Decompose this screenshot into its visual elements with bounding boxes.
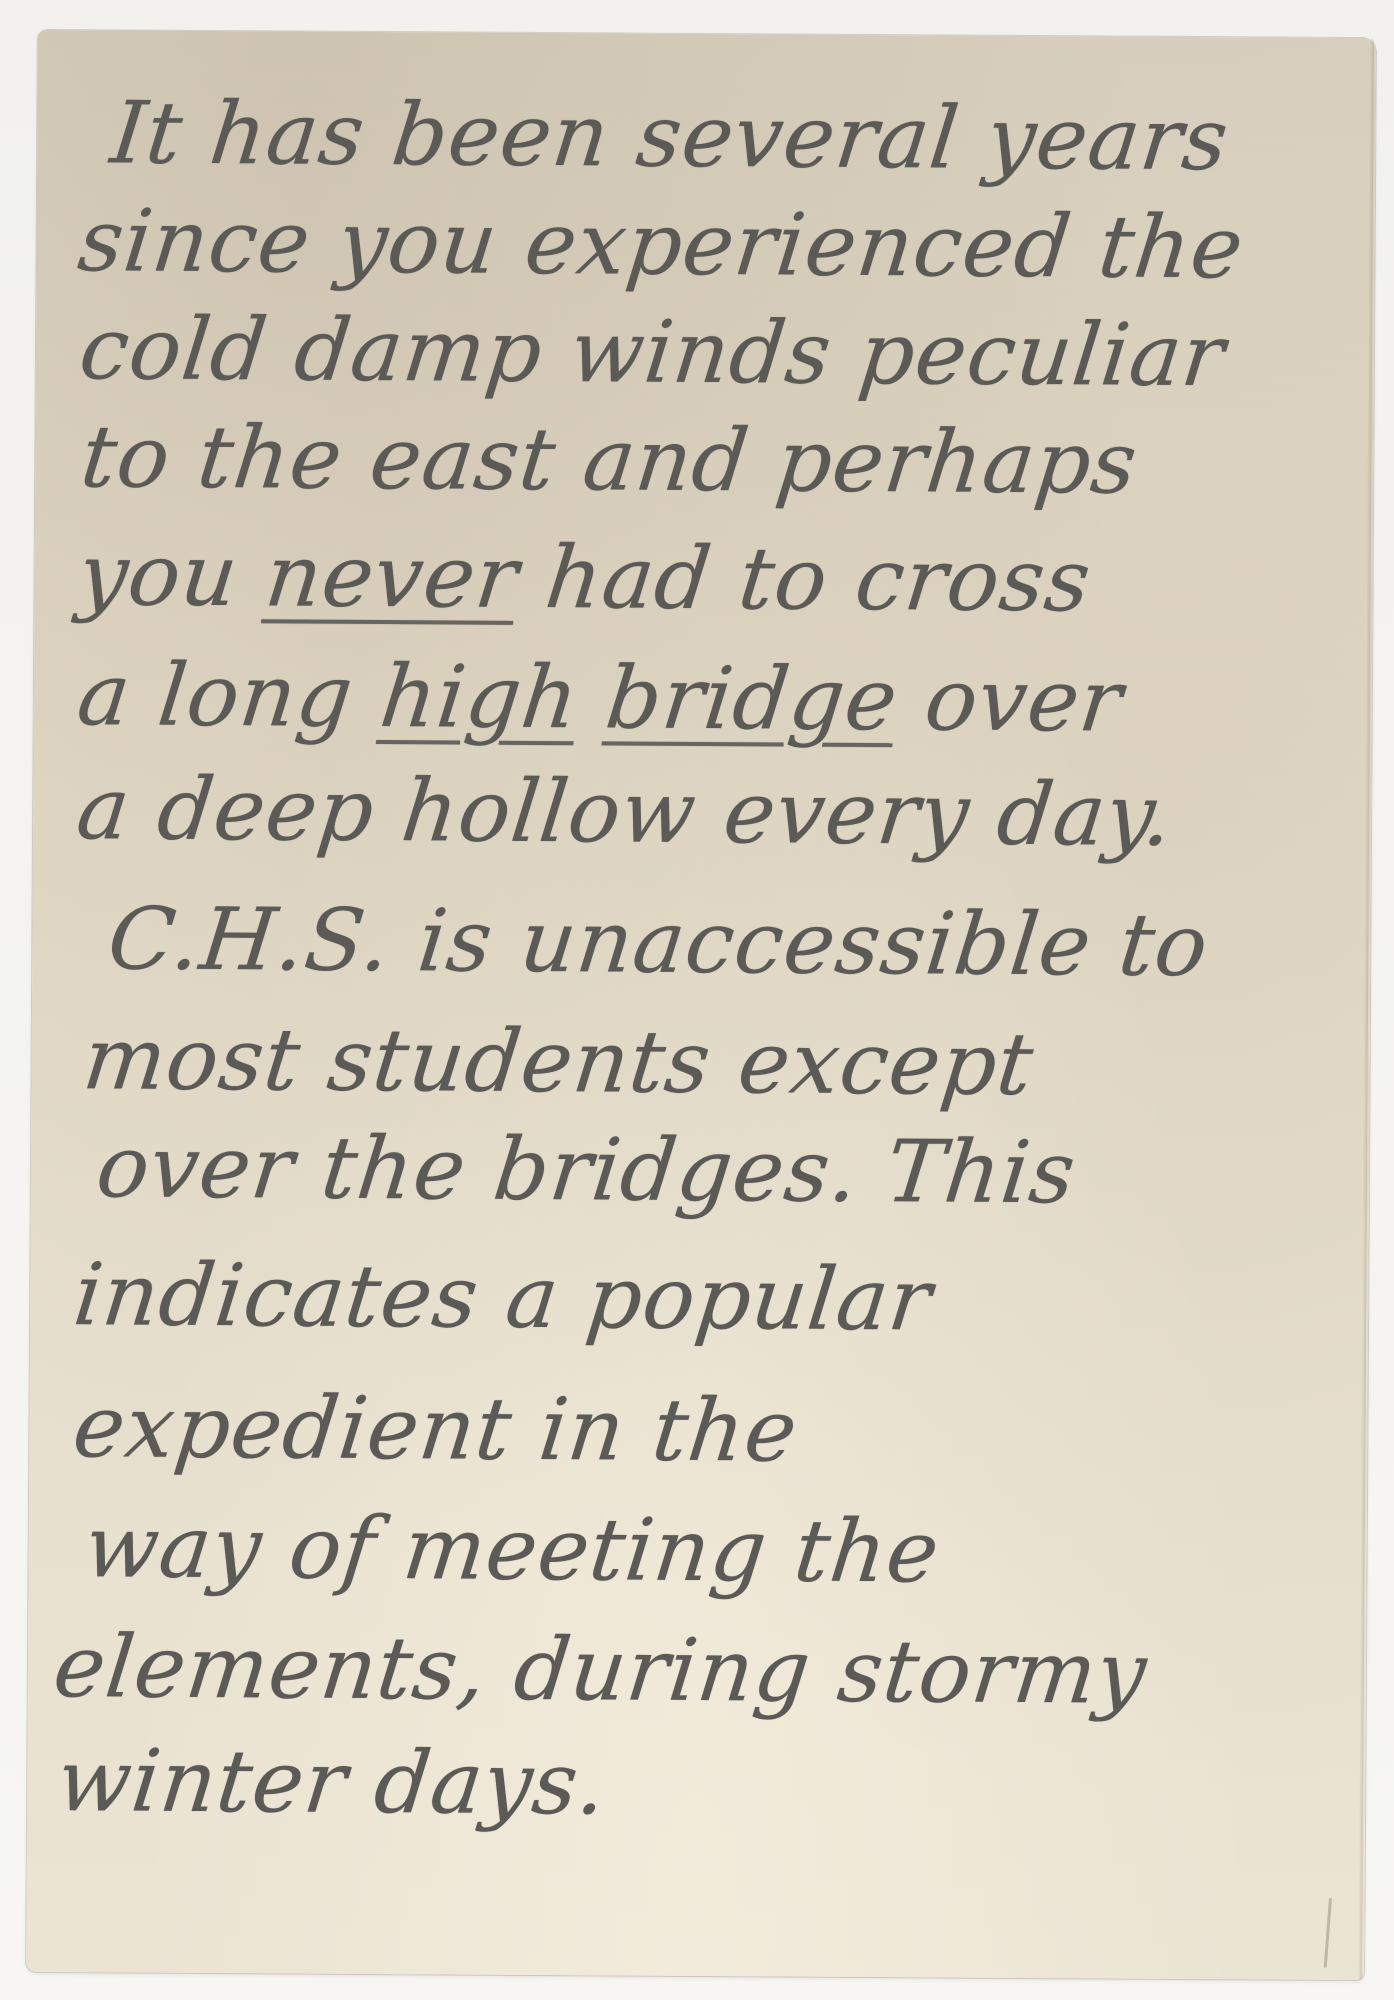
text-line-14: elements, during stormy <box>50 1624 1152 1717</box>
paper-crease <box>1324 1898 1332 1968</box>
text-line-5: you never had to cross <box>74 532 1095 624</box>
text-line-12: expedient in the <box>69 1384 802 1474</box>
text-line-3: cold damp winds peculiar <box>76 306 1230 399</box>
text-segment: had to cross <box>513 528 1097 631</box>
underlined-word-high: high <box>376 647 584 748</box>
photo-background: It has been several years since you expe… <box>0 0 1394 2000</box>
text-line-4: to the east and perhaps <box>77 414 1142 506</box>
text-line-10: over the bridges. This <box>93 1124 1080 1216</box>
text-line-6: a long high bridge over <box>74 652 1127 744</box>
underlined-word-never: never <box>261 526 524 627</box>
text-line-1: It has been several years <box>107 90 1233 183</box>
handwritten-card: It has been several years since you expe… <box>26 30 1376 1980</box>
text-line-2: since you experienced the <box>74 198 1248 291</box>
text-line-13: way of meeting the <box>80 1504 943 1595</box>
text-line-15: winter days. <box>53 1738 611 1827</box>
text-line-9: most students except <box>79 1016 1037 1108</box>
text-segment: you <box>74 525 272 626</box>
text-line-7: a deep hollow every day. <box>73 766 1178 859</box>
underlined-word-bridge: bridge <box>601 648 903 750</box>
text-segment: a long <box>73 645 387 747</box>
text-segment: over <box>892 650 1128 751</box>
text-line-11: indicates a popular <box>70 1252 936 1343</box>
text-line-8: C.H.S. is unaccessible to <box>104 896 1213 989</box>
